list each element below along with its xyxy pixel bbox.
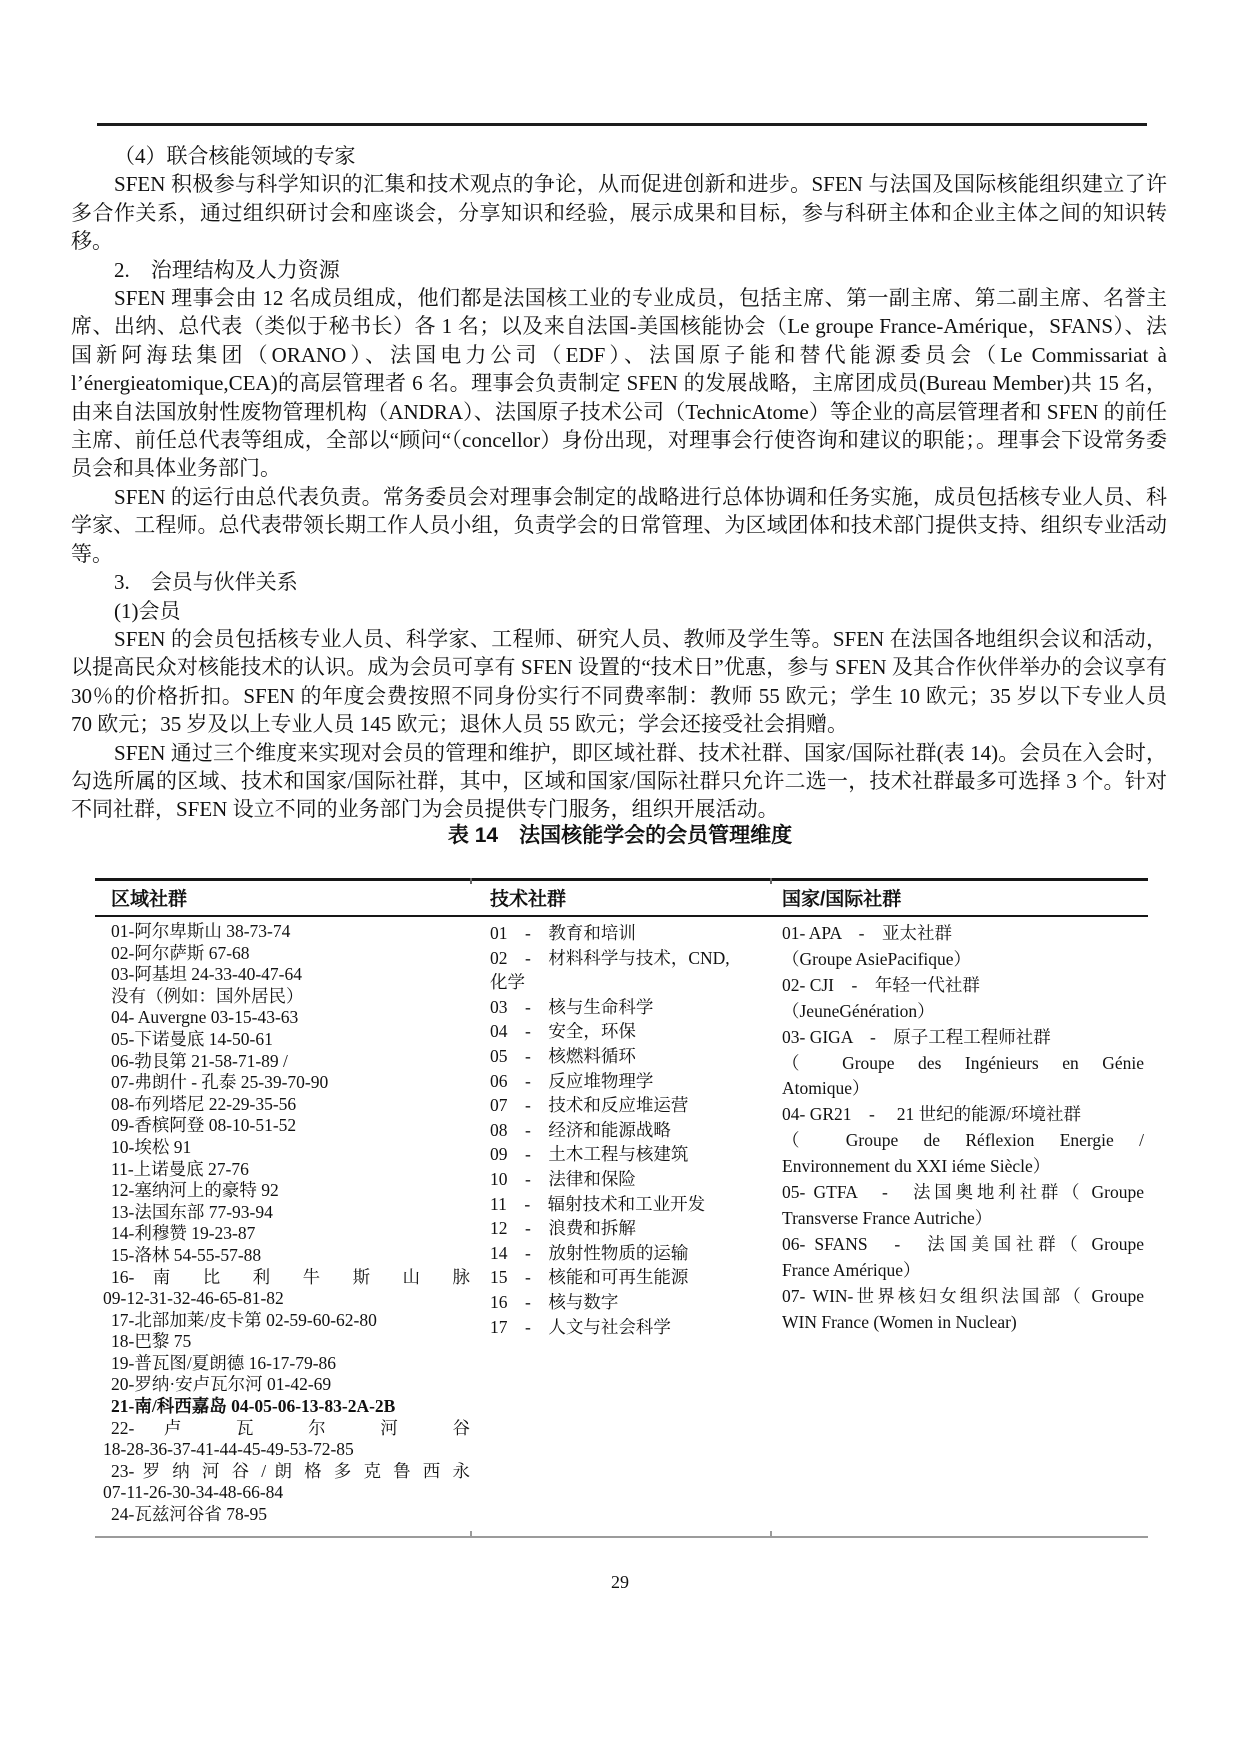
table-title: 表 14 法国核能学会的会员管理维度 — [0, 819, 1240, 849]
section-heading-experts: （4）联合核能领域的专家 — [71, 142, 1167, 170]
subsection-heading-members: (1)会员 — [71, 597, 1167, 625]
body-text: （4）联合核能领域的专家 SFEN 积极参与科学知识的汇集和技术观点的争论，从而… — [71, 142, 1167, 824]
paragraph-participation: SFEN 积极参与科学知识的汇集和技术观点的争论，从而促进创新和进步。SFEN … — [71, 170, 1167, 255]
paragraph-dimensions: SFEN 通过三个维度来实现对会员的管理和维护，即区域社群、技术社群、国家/国际… — [71, 739, 1167, 824]
page-number: 29 — [0, 1572, 1240, 1593]
paragraph-members: SFEN 的会员包括核专业人员、科学家、工程师、研究人员、教师及学生等。SFEN… — [71, 625, 1167, 739]
paragraph-board: SFEN 理事会由 12 名成员组成，他们都是法国核工业的专业成员，包括主席、第… — [71, 284, 1167, 483]
membership-table: 区域社群 技术社群 国家/国际社群 01-阿尔卑斯山 38-73-7402-阿尔… — [95, 878, 1148, 1538]
section-heading-governance: 2. 治理结构及人力资源 — [71, 256, 1167, 284]
paragraph-operation: SFEN 的运行由总代表负责。常务委员会对理事会制定的战略进行总体协调和任务实施… — [71, 483, 1167, 568]
section-heading-membership: 3. 会员与伙伴关系 — [71, 568, 1167, 596]
header-rule — [97, 123, 1147, 126]
